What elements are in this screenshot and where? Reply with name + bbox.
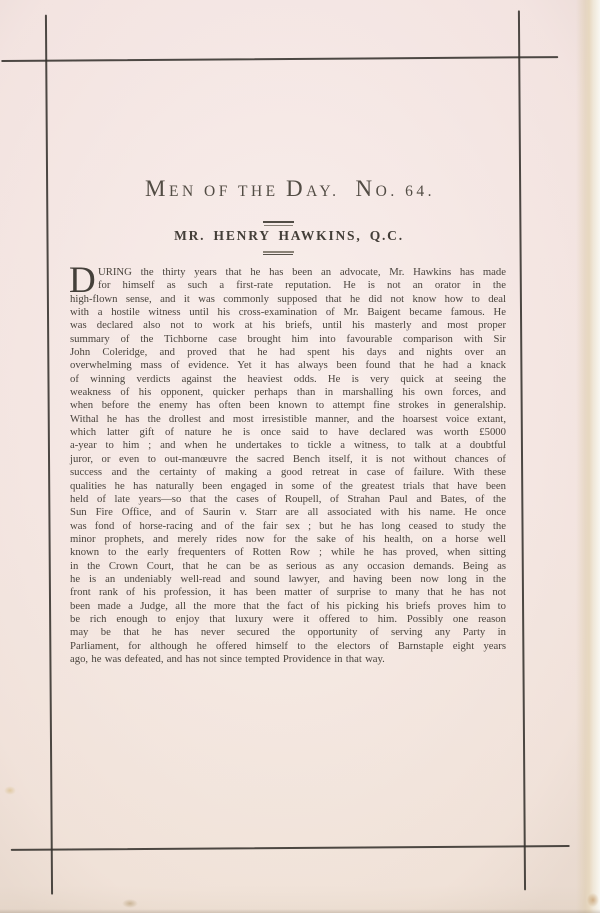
page-background: MEN OF THE DAY.NO. 64. MR. HENRY HAWKINS… [0,0,600,913]
subtitle-divider [0,251,578,255]
text-line: was fond of horse-racing and of the fair… [70,520,506,533]
text-line: URING the thirty years that he has been … [70,266,506,279]
text-line: been made a Judge, all the more that the… [70,600,506,613]
text-line: for himself as such a first-rate reputat… [70,279,506,292]
article-body: D URING the thirty years that he has bee… [70,266,506,666]
text-line: with a hostile witness until his cross-e… [70,306,506,319]
frame-line-bottom [11,845,570,851]
text-line: known to the early frequenters of Rotten… [70,546,506,559]
frame-line-right [518,10,526,890]
series-number: NO. 64. [355,183,434,200]
frame-line-top [1,56,558,62]
text-line: Parliament, for although he offered hims… [70,640,506,653]
text-line: was declared also not to work at his bri… [70,319,506,332]
text-line: may be that he has never secured the opp… [70,626,506,639]
text-line: in the Crown Court, that he can be as se… [70,560,506,573]
text-line: summary of the Tichborne case brought hi… [70,333,506,346]
masthead: MEN OF THE DAY.NO. 64. [0,177,590,201]
frame-line-left [45,15,53,895]
text-line: he is an undeniably well-read and sound … [70,573,506,586]
text-line: juror, or even to out-manœuvre the sacre… [70,453,506,466]
text-line: when before the enemy has often been kno… [70,399,506,412]
text-line: high-flown sense, and it was commonly su… [70,293,506,306]
title-divider [0,221,578,226]
text-line: which latter gift of nature he is once s… [70,426,506,439]
page-edge-shadow [576,0,600,913]
drop-cap: D [69,262,96,299]
text-line: a-year to him ; and when he undertakes t… [70,439,506,452]
text-line: success and the certainty of making a go… [70,466,506,479]
text-line: ago, he was defeated, and has not since … [70,653,506,666]
text-line: Sun Fire Office, and of Saurin v. Starr … [70,506,506,519]
text-line: Withal he has the drollest and most irre… [70,413,506,426]
text-line: overwhelming mass of evidence. Yet it ha… [70,359,506,372]
scanned-page: { "document": { "series_title": "Men of … [0,0,600,913]
series-title: MEN OF THE DAY. [145,183,339,200]
article-lines: URING the thirty years that he has been … [70,266,506,666]
page-bottom-edge [0,909,600,913]
text-line: of winning verdicts against the heaviest… [70,373,506,386]
text-line: held of late years—so that the cases of … [70,493,506,506]
text-line: qualities he has naturally been engaged … [70,480,506,493]
text-line: minor prophets, and merely rides now for… [70,533,506,546]
text-line: front rank of his profession, it has bee… [70,586,506,599]
text-line: be rich enough to enjoy that luxury were… [70,613,506,626]
text-line: weakness of his opponent, quicker perhap… [70,386,506,399]
article-subtitle: MR. HENRY HAWKINS, Q.C. [0,228,589,244]
text-line: John Coleridge, and proved that he had s… [70,346,506,359]
